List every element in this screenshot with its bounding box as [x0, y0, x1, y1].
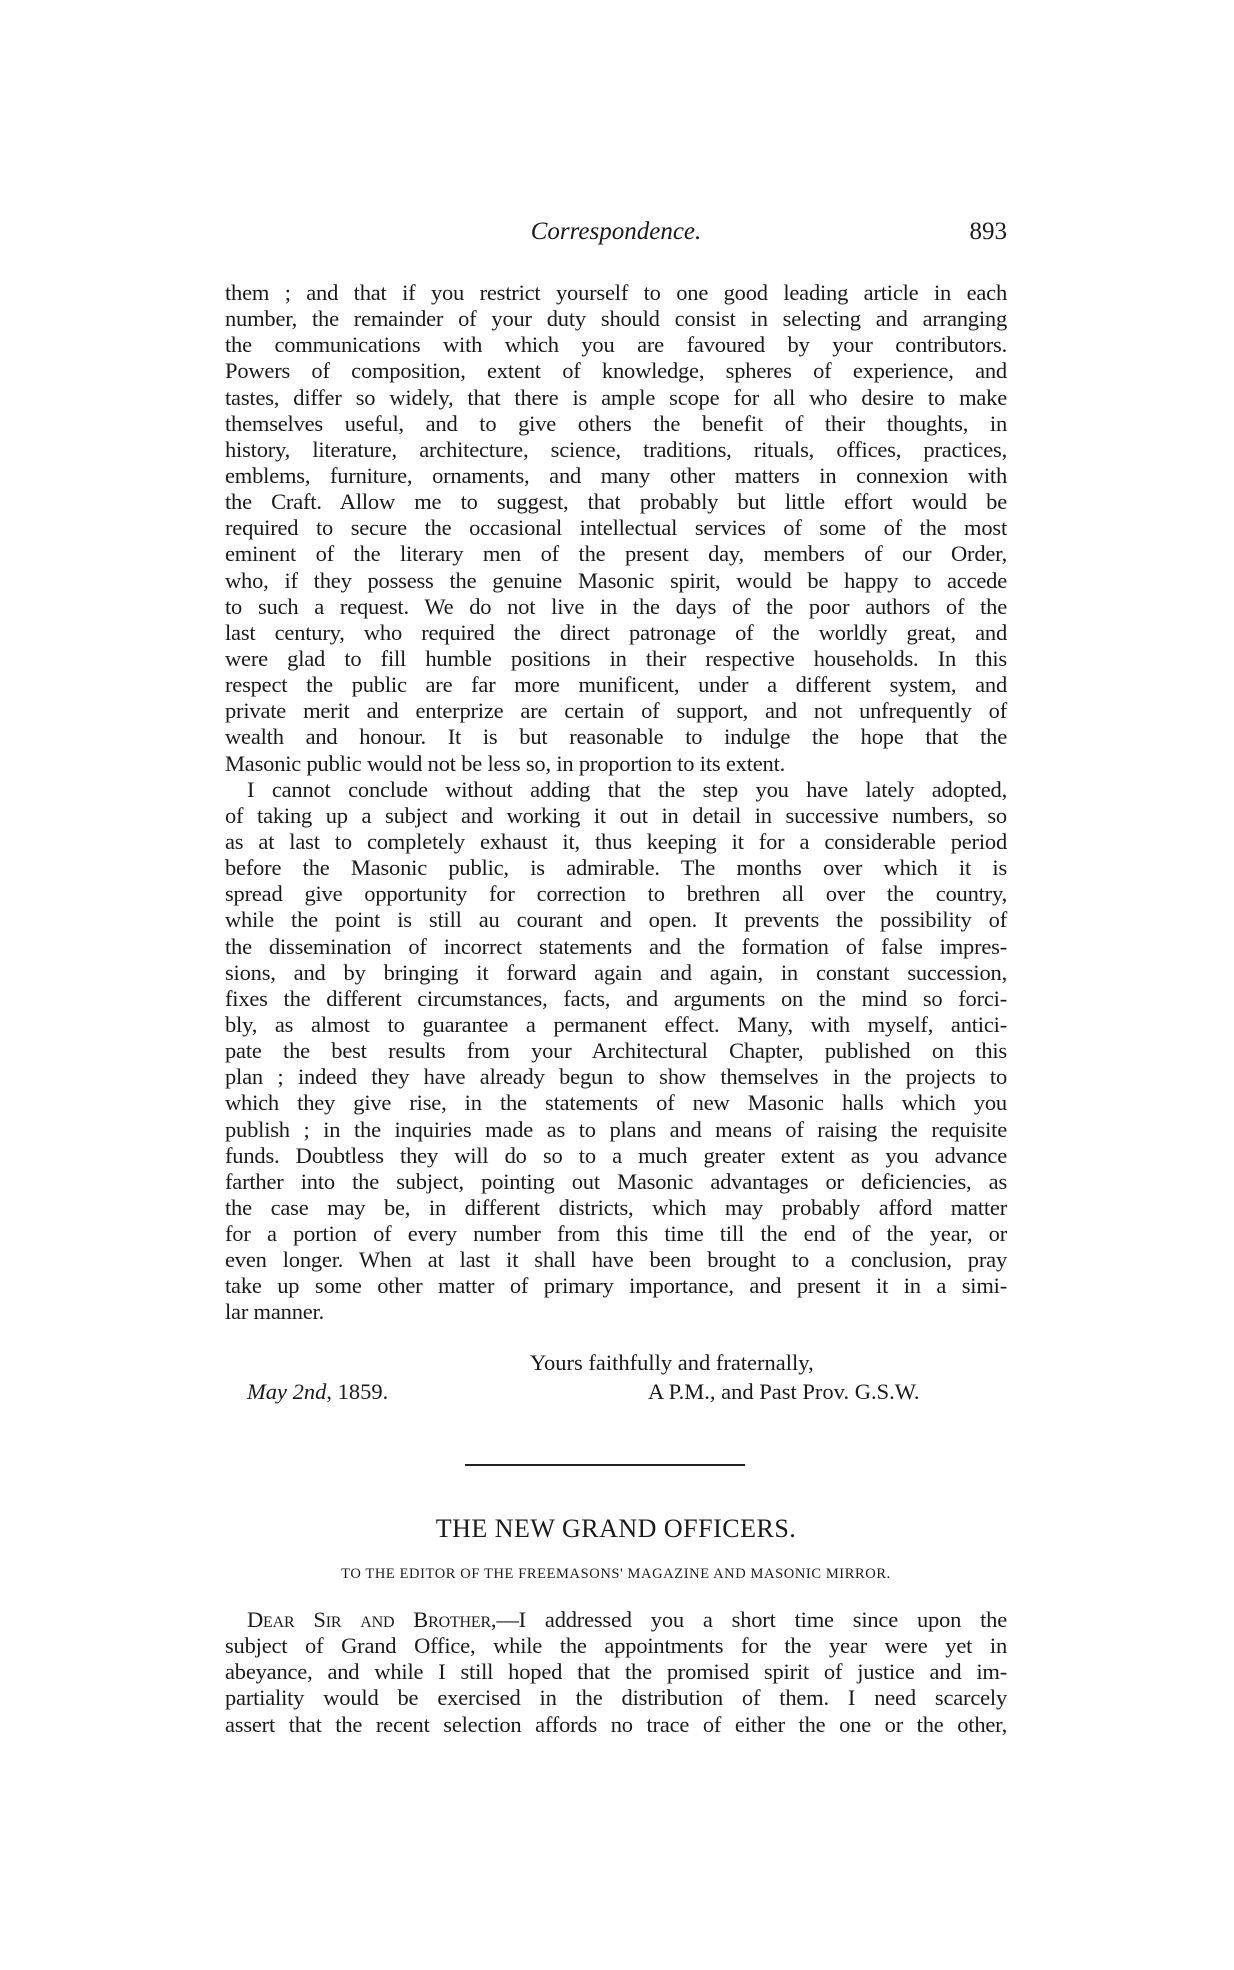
- text-line: history, literature, architecture, scien…: [225, 437, 1007, 463]
- text-line: assert that the recent selection affords…: [225, 1712, 1007, 1738]
- text-line: wealth and honour. It is but reasonable …: [225, 724, 1007, 750]
- text-line: pate the best results from your Architec…: [225, 1038, 1007, 1064]
- section-subtitle: TO THE EDITOR OF THE FREEMASONS' MAGAZIN…: [225, 1566, 1007, 1583]
- text-line: last century, who required the direct pa…: [225, 620, 1007, 646]
- page-number: 893: [970, 218, 1008, 246]
- text-line: I cannot conclude without adding that th…: [225, 777, 1007, 803]
- text-line: them ; and that if you restrict yourself…: [225, 280, 1007, 306]
- text-line: were glad to fill humble positions in th…: [225, 646, 1007, 672]
- text-line: as at last to completely exhaust it, thu…: [225, 829, 1007, 855]
- text-line: farther into the subject, pointing out M…: [225, 1169, 1007, 1195]
- text-line: the case may be, in different districts,…: [225, 1195, 1007, 1221]
- letter-two-body: Dear Sir and Brother,—I addressed you a …: [225, 1607, 1007, 1738]
- text-line: partiality would be exercised in the dis…: [225, 1685, 1007, 1711]
- text-line: for a portion of every number from this …: [225, 1221, 1007, 1247]
- text-fragment: —I addressed you a short time since upon…: [496, 1607, 1007, 1632]
- text-line: of taking up a subject and working it ou…: [225, 803, 1007, 829]
- text-line: even longer. When at last it shall have …: [225, 1247, 1007, 1273]
- letter-date: May 2nd, 1859.: [247, 1379, 388, 1405]
- salutation: Dear Sir and Brother,: [247, 1607, 496, 1632]
- text-line: fixes the different circumstances, facts…: [225, 986, 1007, 1012]
- text-line: to such a request. We do not live in the…: [225, 594, 1007, 620]
- signature: A P.M., and Past Prov. G.S.W.: [648, 1379, 920, 1405]
- text-line: which they give rise, in the statements …: [225, 1090, 1007, 1116]
- running-title: Correspondence.: [225, 218, 1007, 246]
- text-line: before the Masonic public, is admirable.…: [225, 855, 1007, 881]
- text-line: the dissemination of incorrect statement…: [225, 934, 1007, 960]
- text-line: emblems, furniture, ornaments, and many …: [225, 463, 1007, 489]
- text-line: Masonic public would not be less so, in …: [225, 751, 1007, 777]
- text-line: sions, and by bringing it forward again …: [225, 960, 1007, 986]
- text-line: while the point is still au courant and …: [225, 907, 1007, 933]
- text-line: the communications with which you are fa…: [225, 332, 1007, 358]
- text-line: subject of Grand Office, while the appoi…: [225, 1633, 1007, 1659]
- section-title: THE NEW GRAND OFFICERS.: [225, 1514, 1007, 1544]
- text-line: who, if they possess the genuine Masonic…: [225, 568, 1007, 594]
- letter-one-body: them ; and that if you restrict yourself…: [225, 280, 1007, 1326]
- section-divider: [465, 1464, 745, 1466]
- date-year: , 1859.: [326, 1379, 388, 1404]
- text-line: plan ; indeed they have already begun to…: [225, 1064, 1007, 1090]
- text-line: number, the remainder of your duty shoul…: [225, 306, 1007, 332]
- text-line: tastes, differ so widely, that there is …: [225, 385, 1007, 411]
- text-line: the Craft. Allow me to suggest, that pro…: [225, 489, 1007, 515]
- text-line: publish ; in the inquiries made as to pl…: [225, 1117, 1007, 1143]
- text-line: eminent of the literary men of the prese…: [225, 541, 1007, 567]
- text-line: spread give opportunity for correction t…: [225, 881, 1007, 907]
- text-line: funds. Doubtless they will do so to a mu…: [225, 1143, 1007, 1169]
- date-day: May 2nd: [247, 1379, 326, 1404]
- closing-salutation: Yours faithfully and fraternally,: [530, 1350, 814, 1376]
- text-line: required to secure the occasional intell…: [225, 515, 1007, 541]
- text-line: themselves useful, and to give others th…: [225, 411, 1007, 437]
- text-line: respect the public are far more munifice…: [225, 672, 1007, 698]
- text-line: take up some other matter of primary imp…: [225, 1273, 1007, 1299]
- text-line: Powers of composition, extent of knowled…: [225, 358, 1007, 384]
- running-head: Correspondence. 893: [225, 218, 1007, 252]
- text-line: private merit and enterprize are certain…: [225, 698, 1007, 724]
- text-line: bly, as almost to guarantee a permanent …: [225, 1012, 1007, 1038]
- text-line: abeyance, and while I still hoped that t…: [225, 1659, 1007, 1685]
- text-line: lar manner.: [225, 1299, 1007, 1325]
- text-line: Dear Sir and Brother,—I addressed you a …: [225, 1607, 1007, 1633]
